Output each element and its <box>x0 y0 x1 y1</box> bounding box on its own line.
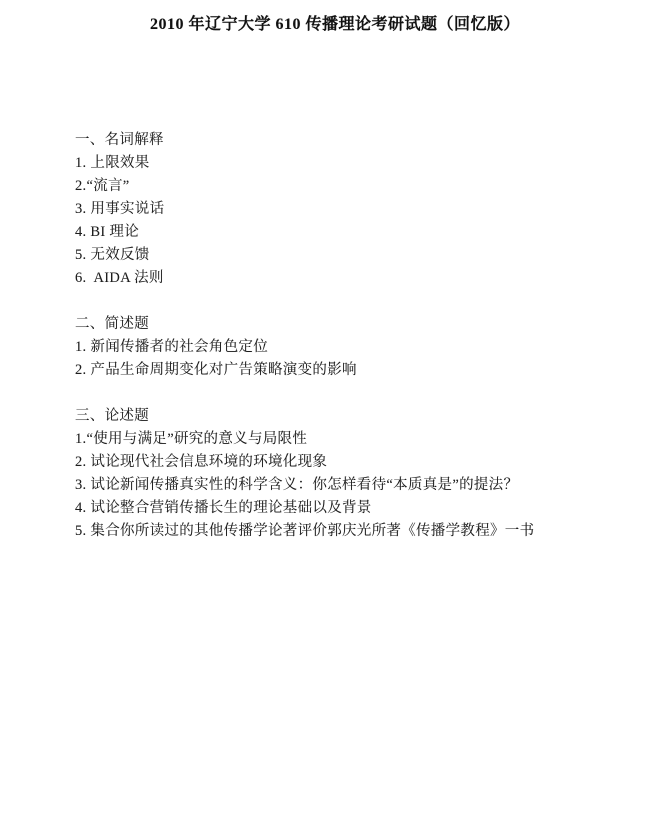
question-item: 4. 试论整合营销传播长生的理论基础以及背景 <box>75 497 615 520</box>
question-item: 5. 集合你所读过的其他传播学论著评价郭庆光所著《传播学教程》一书 <box>75 520 615 543</box>
section-essay: 三、论述题 1.“使用与满足”研究的意义与局限性 2. 试论现代社会信息环境的环… <box>75 405 615 543</box>
exam-paper-page: 2010 年辽宁大学 610 传播理论考研试题（回忆版） 一、名词解释 1. 上… <box>0 0 670 813</box>
question-item: 1.“使用与满足”研究的意义与局限性 <box>75 428 615 451</box>
section-heading: 三、论述题 <box>75 405 615 428</box>
question-item: 2. 试论现代社会信息环境的环境化现象 <box>75 451 615 474</box>
question-item: 6. AIDA 法则 <box>75 267 615 290</box>
section-short-answer: 二、简述题 1. 新闻传播者的社会角色定位 2. 产品生命周期变化对广告策略演变… <box>75 313 615 382</box>
exam-body: 一、名词解释 1. 上限效果 2.“流言” 3. 用事实说话 4. BI 理论 … <box>0 129 670 543</box>
section-term-definitions: 一、名词解释 1. 上限效果 2.“流言” 3. 用事实说话 4. BI 理论 … <box>75 129 615 290</box>
question-item: 1. 上限效果 <box>75 152 615 175</box>
question-item: 2. 产品生命周期变化对广告策略演变的影响 <box>75 359 615 382</box>
question-item: 1. 新闻传播者的社会角色定位 <box>75 336 615 359</box>
section-heading: 二、简述题 <box>75 313 615 336</box>
question-item: 4. BI 理论 <box>75 221 615 244</box>
question-item: 3. 用事实说话 <box>75 198 615 221</box>
question-item: 3. 试论新闻传播真实性的科学含义：你怎样看待“本质真是”的提法？ <box>75 474 615 497</box>
section-heading: 一、名词解释 <box>75 129 615 152</box>
question-item: 5. 无效反馈 <box>75 244 615 267</box>
page-title: 2010 年辽宁大学 610 传播理论考研试题（回忆版） <box>40 14 630 36</box>
question-item: 2.“流言” <box>75 175 615 198</box>
